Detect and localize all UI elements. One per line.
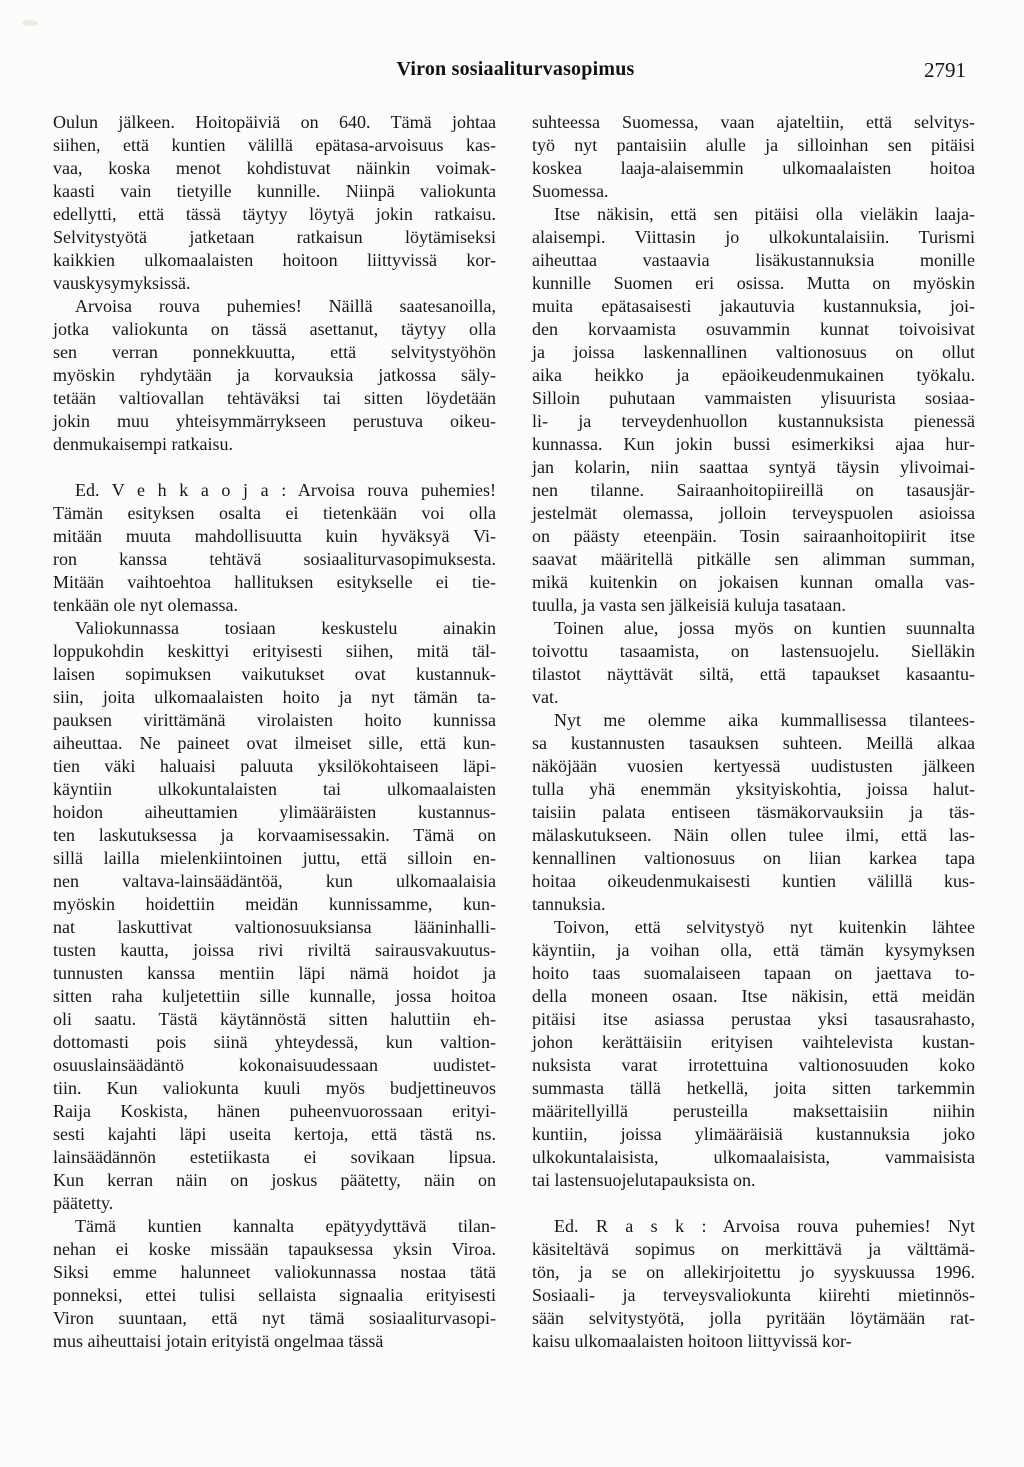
text-line: tusten kautta, joissa rivi riviltä saira… bbox=[53, 939, 496, 962]
text-line: kunnassa. Kun jokin bussi esimerkiksi aj… bbox=[532, 433, 975, 456]
text-line: alaisempi. Viittasin jo ulkokuntalaisiin… bbox=[532, 226, 975, 249]
text-line: Valiokunnassa tosiaan keskustelu ainakin bbox=[53, 617, 496, 640]
text-line: työ nyt pantaisiin alulle ja silloinhan … bbox=[532, 134, 975, 157]
paragraph: Tämä kuntien kannalta epätyydyttävä tila… bbox=[53, 1215, 496, 1353]
text-line: tilastot näyttävät siltä, että tapaukset… bbox=[532, 663, 975, 686]
page-number: 2791 bbox=[924, 58, 966, 83]
text-line: Sosiaali- ja terveysvaliokunta kiirehti … bbox=[532, 1284, 975, 1307]
text-line: mälaskutukseen. Näin ollen tulee ilmi, e… bbox=[532, 824, 975, 847]
text-line: Mitään vaihtoehtoa hallituksen esityksel… bbox=[53, 571, 496, 594]
text-line: ja joissa laskennallinen valtionosuus on… bbox=[532, 341, 975, 364]
text-line: sa kustannusten tasauksen suhteen. Meill… bbox=[532, 732, 975, 755]
text-line: tai lastensuojelutapauksista on. bbox=[532, 1169, 975, 1192]
text-line: sään selvitystyötä, jolla pyritään löytä… bbox=[532, 1307, 975, 1330]
running-title: Viron sosiaaliturvasopimus bbox=[53, 58, 978, 81]
page-header: Viron sosiaaliturvasopimus 2791 bbox=[53, 58, 978, 88]
text-line: tunnusten kanssa mentiin läpi nämä hoido… bbox=[53, 962, 496, 985]
text-line: sen verran ponnekkuutta, että selvitysty… bbox=[53, 341, 496, 364]
paragraph: Arvoisa rouva puhemies! Näillä saatesano… bbox=[53, 295, 496, 456]
text-line: käyntiin, ja voihan olla, että tämän kys… bbox=[532, 939, 975, 962]
text-line: toivottu tasaamista, on lastensuojelu. S… bbox=[532, 640, 975, 663]
text-line: tannuksia. bbox=[532, 893, 975, 916]
text-line: jan kolarin, niin saattaa syntyä täysin … bbox=[532, 456, 975, 479]
text-line: osuuslainsäädäntö kokonaisuudessaan uudi… bbox=[53, 1054, 496, 1077]
text-line: kaisu ulkomaalaisten hoitoon liittyvissä… bbox=[532, 1330, 975, 1353]
text-line: tulla yhä enemmän yksityiskohtia, joissa… bbox=[532, 778, 975, 801]
text-line: Kun kerran näin on joskus päätetty, näin… bbox=[53, 1169, 496, 1192]
text-line: Suomessa. bbox=[532, 180, 975, 203]
text-line: Tämän esityksen osalta ei tietenkään voi… bbox=[53, 502, 496, 525]
text-line: Ed. V e h k a o j a : Arvoisa rouva puhe… bbox=[53, 479, 496, 502]
text-line: kennallinen valtionosuus on liian karkea… bbox=[532, 847, 975, 870]
text-line: käyntiin ulkokuntalaisten tai ulkomaalai… bbox=[53, 778, 496, 801]
text-line: ron kanssa tehtävä sosiaaliturvasopimuks… bbox=[53, 548, 496, 571]
text-line: koskea laaja-alaisemmin ulkomaalaisten h… bbox=[532, 157, 975, 180]
column-left: Oulun jälkeen. Hoitopäiviä on 640. Tämä … bbox=[53, 111, 496, 1353]
text-line: li- ja terveydenhuollon kustannuksista p… bbox=[532, 410, 975, 433]
text-line: päätetty. bbox=[53, 1192, 496, 1215]
speech-paragraph: Ed. V e h k a o j a : Arvoisa rouva puhe… bbox=[53, 479, 496, 617]
text-line: Siksi emme halunneet valiokunnassa nosta… bbox=[53, 1261, 496, 1284]
text-line: summasta tällä hetkellä, joita sitten ta… bbox=[532, 1077, 975, 1100]
text-line: hoidon aiheuttamien ylimääräisten kustan… bbox=[53, 801, 496, 824]
paragraph: Oulun jälkeen. Hoitopäiviä on 640. Tämä … bbox=[53, 111, 496, 295]
text-line: siihen, että kuntien välillä epätasa-arv… bbox=[53, 134, 496, 157]
text-line: kunnille Suomen eri osissa. Mutta on myö… bbox=[532, 272, 975, 295]
text-line: vauskysymyksissä. bbox=[53, 272, 496, 295]
text-line: lainsäädännön estetiikasta ei sovikaan l… bbox=[53, 1146, 496, 1169]
text-line: denmukaisempi ratkaisu. bbox=[53, 433, 496, 456]
text-line: Raija Koskista, hänen puheenvuorossaan e… bbox=[53, 1100, 496, 1123]
text-line: jestelmät olemassa, jolloin terveyspuole… bbox=[532, 502, 975, 525]
text-line: on päästy eteenpäin. Tosin sairaanhoitop… bbox=[532, 525, 975, 548]
text-line: vat. bbox=[532, 686, 975, 709]
text-line: laisen sopimuksen vaikutukset ovat kusta… bbox=[53, 663, 496, 686]
text-line: myöskin ryhdytään ja korvauksia jatkossa… bbox=[53, 364, 496, 387]
text-line: Arvoisa rouva puhemies! Näillä saatesano… bbox=[53, 295, 496, 318]
text-line: sillä lailla mielenkiintoinen juttu, ett… bbox=[53, 847, 496, 870]
text-line: Tämä kuntien kannalta epätyydyttävä tila… bbox=[53, 1215, 496, 1238]
text-line: pauksen virittämänä virolaisten hoito ku… bbox=[53, 709, 496, 732]
text-line: nen tilanne. Sairaanhoitopiireillä on ta… bbox=[532, 479, 975, 502]
text-line: nen valtava-lainsäädäntöä, kun ulkomaala… bbox=[53, 870, 496, 893]
text-line: tien väki haluaisi paluuta yksilökohtais… bbox=[53, 755, 496, 778]
speech-paragraph: Ed. R a s k : Arvoisa rouva puhemies! Ny… bbox=[532, 1215, 975, 1353]
text-line: hoitaa oikeudenmukaisesti kuntien välill… bbox=[532, 870, 975, 893]
text-line: Toinen alue, jossa myös on kuntien suunn… bbox=[532, 617, 975, 640]
text-line: tetään valtiovallan tehtäväksi tai sitte… bbox=[53, 387, 496, 410]
paragraph: suhteessa Suomessa, vaan ajateltiin, ett… bbox=[532, 111, 975, 203]
text-line: myöskin hoidettiin meidän kunnissamme, k… bbox=[53, 893, 496, 916]
text-line: tön, ja se on allekirjoitettu jo syyskuu… bbox=[532, 1261, 975, 1284]
text-line: muita epätasaisesti jakautuvia kustannuk… bbox=[532, 295, 975, 318]
text-line: jokin muu yhteisymmärrykseen perustuva o… bbox=[53, 410, 496, 433]
text-line: Toivon, että selvitystyö nyt kuitenkin l… bbox=[532, 916, 975, 939]
text-line: Selvitystyötä jatketaan ratkaisun löytäm… bbox=[53, 226, 496, 249]
text-line: Nyt me olemme aika kummallisessa tilante… bbox=[532, 709, 975, 732]
text-line: tuulla, ja vasta sen jälkeisiä kuluja ta… bbox=[532, 594, 975, 617]
paragraph: Toivon, että selvitystyö nyt kuitenkin l… bbox=[532, 916, 975, 1192]
text-line: mus aiheuttaisi jotain erityistä ongelma… bbox=[53, 1330, 496, 1353]
text-line: sitten raha kuljetettiin sille kunnalle,… bbox=[53, 985, 496, 1008]
text-line: aiheuttaa vastaavia lisäkustannuksia mon… bbox=[532, 249, 975, 272]
text-line: suhteessa Suomessa, vaan ajateltiin, ett… bbox=[532, 111, 975, 134]
text-line: siin, joita ulkomaalaisten hoito ja nyt … bbox=[53, 686, 496, 709]
text-line: kaasti vain tietyille kunnille. Niinpä v… bbox=[53, 180, 496, 203]
text-line: hoito taas suomalaiseen tapaan on jaetta… bbox=[532, 962, 975, 985]
text-line: nehan ei koske missään tapauksessa yksin… bbox=[53, 1238, 496, 1261]
text-line: della moneen osaan. Itse näkisin, että m… bbox=[532, 985, 975, 1008]
text-line: vaa, koska menot kohdistuvat näinkin voi… bbox=[53, 157, 496, 180]
text-line: ten laskutuksessa ja korvaamisessakin. T… bbox=[53, 824, 496, 847]
text-line: Silloin puhutaan vammaisten ylisuurista … bbox=[532, 387, 975, 410]
text-line: saavat määritellä pitkälle sen alimman s… bbox=[532, 548, 975, 571]
text-line: loppukohdin keskittyi erityisesti siihen… bbox=[53, 640, 496, 663]
document-page: Viron sosiaaliturvasopimus 2791 Oulun jä… bbox=[0, 0, 1024, 1467]
paragraph: Valiokunnassa tosiaan keskustelu ainakin… bbox=[53, 617, 496, 1215]
text-columns: Oulun jälkeen. Hoitopäiviä on 640. Tämä … bbox=[53, 111, 975, 1353]
text-line: oli saatu. Tästä käytännöstä sitten halu… bbox=[53, 1008, 496, 1031]
column-right: suhteessa Suomessa, vaan ajateltiin, ett… bbox=[532, 111, 975, 1353]
scan-artifact bbox=[22, 20, 38, 26]
text-line: tenkään ole nyt olemassa. bbox=[53, 594, 496, 617]
paragraph: Toinen alue, jossa myös on kuntien suunn… bbox=[532, 617, 975, 709]
text-line: ulkokuntalaisista, ulkomaalaisista, vamm… bbox=[532, 1146, 975, 1169]
text-line: sesti kajahti läpi useita kertoja, että … bbox=[53, 1123, 496, 1146]
text-line: Oulun jälkeen. Hoitopäiviä on 640. Tämä … bbox=[53, 111, 496, 134]
text-line: den korvaamista osuvammin kunnat toivois… bbox=[532, 318, 975, 341]
text-line: dottomasti pois siinä yhteydessä, kun va… bbox=[53, 1031, 496, 1054]
text-line: kuntiin, joissa ylimääräisiä kustannuksi… bbox=[532, 1123, 975, 1146]
text-line: käsiteltävä sopimus on merkittävä ja väl… bbox=[532, 1238, 975, 1261]
text-line: taisiin palata entiseen täsmäkorvauksiin… bbox=[532, 801, 975, 824]
text-line: aiheuttaa. Ne paineet ovat ilmeiset sill… bbox=[53, 732, 496, 755]
text-line: pitäisi itse asiassa perustaa yksi tasau… bbox=[532, 1008, 975, 1031]
text-line: jotka valiokunta on tässä asettanut, täy… bbox=[53, 318, 496, 341]
paragraph: Nyt me olemme aika kummallisessa tilante… bbox=[532, 709, 975, 916]
text-line: aika heikko ja epäoikeudenmukainen työka… bbox=[532, 364, 975, 387]
text-line: Itse näkisin, että sen pitäisi olla viel… bbox=[532, 203, 975, 226]
text-line: nat laskuttivat valtionosuuksiansa lääni… bbox=[53, 916, 496, 939]
paragraph: Itse näkisin, että sen pitäisi olla viel… bbox=[532, 203, 975, 617]
text-line: ponneksi, ettei tulisi sellaista signaal… bbox=[53, 1284, 496, 1307]
text-line: nuksista varat irrotettuina valtionosuud… bbox=[532, 1054, 975, 1077]
text-line: tiin. Kun valiokunta kuuli myös budjetti… bbox=[53, 1077, 496, 1100]
text-line: Ed. R a s k : Arvoisa rouva puhemies! Ny… bbox=[532, 1215, 975, 1238]
text-line: näköjään vuosien kertyessä uudistusten j… bbox=[532, 755, 975, 778]
text-line: määritellyillä perusteilla maksettaisiin… bbox=[532, 1100, 975, 1123]
text-line: johon kerättäisiin erityisen vaihtelevis… bbox=[532, 1031, 975, 1054]
text-line: kaikkien ulkomaalaisten hoitoon liittyvi… bbox=[53, 249, 496, 272]
text-line: Viron suuntaan, että nyt tämä sosiaalitu… bbox=[53, 1307, 496, 1330]
text-line: mikä kuitenkin on jokaisen kunnan omalla… bbox=[532, 571, 975, 594]
text-line: edellytti, että tässä täytyy löytyä joki… bbox=[53, 203, 496, 226]
text-line: mitään muuta mahdollisuutta kuin hyväksy… bbox=[53, 525, 496, 548]
